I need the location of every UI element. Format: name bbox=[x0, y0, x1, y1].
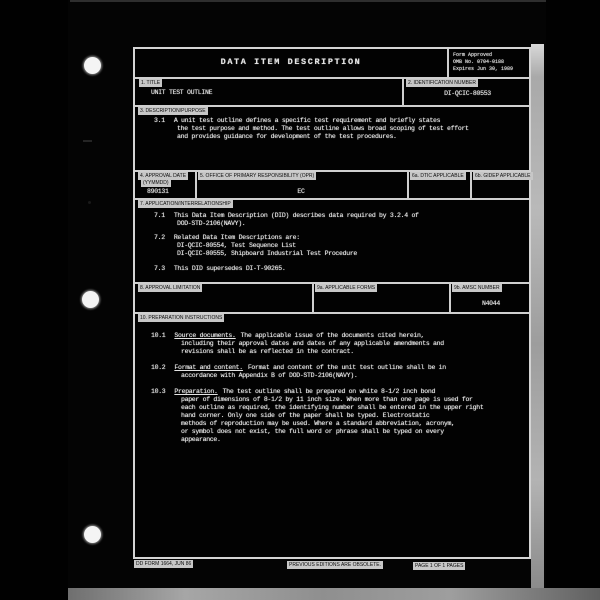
previous-editions-footer: PREVIOUS EDITIONS ARE OBSOLETE. bbox=[287, 561, 383, 569]
paragraph-number: 7.2 bbox=[154, 234, 165, 241]
paragraph-7-2-line: 7.2Related Data Item Descriptions are: bbox=[154, 234, 300, 242]
paragraph-10-3-line: appearance. bbox=[181, 436, 221, 444]
applicable-forms-label: 9a. APPLICABLE FORMS bbox=[315, 284, 377, 292]
gidep-applicable-label: 6b. GIDEP APPLICABLE bbox=[473, 172, 533, 180]
opr-label: 5. OFFICE OF PRIMARY RESPONSIBILITY (OPR… bbox=[198, 172, 316, 180]
paragraph-10-1-line: 10.1Source documents.The applicable issu… bbox=[151, 332, 424, 340]
paragraph-number: 10.3 bbox=[151, 388, 165, 395]
id-number-field-label: 2. IDENTIFICATION NUMBER bbox=[406, 79, 478, 87]
paragraph-7-2-line: DI-QCIC-80555, Shipboard Industrial Test… bbox=[177, 250, 357, 258]
dtic-applicable-label: 6a. DTIC APPLICABLE bbox=[410, 172, 466, 180]
paragraph-10-3-line: each outline as required, the identifyin… bbox=[181, 404, 483, 412]
application-interrelationship-label: 7. APPLICATION/INTERRELATIONSHIP bbox=[138, 200, 233, 208]
approval-limitation-label: 8. APPROVAL LIMITATION bbox=[138, 284, 202, 292]
cell-divider bbox=[407, 170, 409, 198]
paragraph-text: A unit test outline defines a specific t… bbox=[174, 117, 440, 124]
paragraph-3-1-line: 3.1A unit test outline defines a specifi… bbox=[154, 117, 440, 125]
paragraph-heading: Preparation. bbox=[174, 388, 217, 395]
paragraph-10-1-line: revisions shall be as reflected in the c… bbox=[181, 348, 354, 356]
paragraph-heading: Format and content. bbox=[174, 364, 242, 371]
preparation-instructions-label: 10. PREPARATION INSTRUCTIONS bbox=[138, 314, 224, 322]
scan-edge-bottom bbox=[68, 588, 600, 600]
paragraph-3-1-line: the test purpose and method. The test ou… bbox=[177, 125, 469, 133]
expires-line: Expires Jun 30, 1989 bbox=[453, 66, 513, 72]
title-field-value: UNIT TEST OUTLINE bbox=[151, 89, 212, 97]
scan-content: DATA ITEM DESCRIPTION Form Approved OMB … bbox=[0, 0, 600, 600]
paragraph-text: Related Data Item Descriptions are: bbox=[174, 234, 300, 241]
paragraph-text: The applicable issue of the documents ci… bbox=[241, 332, 425, 339]
id-number-field-value: DI-QCIC-80553 bbox=[402, 90, 533, 98]
paragraph-10-2-line: 10.2Format and content.Format and conten… bbox=[151, 364, 446, 372]
paragraph-10-3-line: methods of reproduction may be used. Whe… bbox=[181, 420, 455, 428]
paragraph-text: This DID supersedes DI-T-90265. bbox=[174, 265, 286, 272]
page-count-footer: PAGE 1 OF 1 PAGES bbox=[413, 562, 465, 570]
cell-divider bbox=[447, 49, 449, 77]
punch-hole bbox=[84, 526, 101, 543]
title-field-label: 1. TITLE bbox=[139, 79, 162, 87]
paragraph-7-1-line: DOD-STD-2106(NAVY). bbox=[177, 220, 245, 228]
paragraph-number: 7.3 bbox=[154, 265, 165, 272]
approval-date-format-label: (YYMMDD) bbox=[141, 179, 171, 187]
paragraph-text: This Data Item Description (DID) describ… bbox=[174, 212, 419, 219]
paragraph-10-3-line: paper of dimensions of 8-1/2 by 11 inch … bbox=[181, 396, 473, 404]
paragraph-10-3-line: 10.3Preparation.The test outline shall b… bbox=[151, 388, 435, 396]
paragraph-7-2-line: DI-QCIC-80554, Test Sequence List bbox=[177, 242, 296, 250]
paragraph-number: 10.2 bbox=[151, 364, 165, 371]
cell-divider bbox=[470, 170, 472, 198]
form-frame: DATA ITEM DESCRIPTION Form Approved OMB … bbox=[133, 47, 531, 559]
paragraph-number: 7.1 bbox=[154, 212, 165, 219]
paragraph-10-1-line: including their approval dates and dates… bbox=[181, 340, 444, 348]
omb-number-line: OMB No. 0704-0188 bbox=[453, 59, 504, 65]
paragraph-3-1-line: and provides guidance for development of… bbox=[177, 133, 397, 141]
scan-speck bbox=[88, 201, 91, 204]
paragraph-10-2-line: accordance with Appendix B of DOD-STD-21… bbox=[181, 372, 357, 380]
paragraph-10-3-line: hand corner. Only one side of the paper … bbox=[181, 412, 429, 420]
scan-edge-right bbox=[531, 44, 544, 589]
paragraph-number: 3.1 bbox=[154, 117, 165, 124]
amsc-number-label: 9b. AMSC NUMBER bbox=[452, 284, 502, 292]
paragraph-7-1-line: 7.1This Data Item Description (DID) desc… bbox=[154, 212, 419, 220]
paragraph-7-3-line: 7.3This DID supersedes DI-T-90265. bbox=[154, 265, 285, 273]
scanned-document: DATA ITEM DESCRIPTION Form Approved OMB … bbox=[0, 0, 600, 600]
paragraph-text: The test outline shall be prepared on wh… bbox=[223, 388, 435, 395]
punch-hole bbox=[82, 291, 99, 308]
form-number-footer: DD FORM 1664, JUN 86 bbox=[134, 560, 193, 568]
amsc-number-value: N4044 bbox=[449, 300, 533, 308]
punch-hole bbox=[84, 57, 101, 74]
description-purpose-label: 3. DESCRIPTION/PURPOSE bbox=[138, 107, 208, 115]
scan-edge-top bbox=[70, 0, 546, 2]
approval-date-value: 890131 bbox=[147, 188, 169, 196]
paragraph-text: Format and content of the unit test outl… bbox=[248, 364, 446, 371]
paragraph-heading: Source documents. bbox=[174, 332, 235, 339]
scan-speck bbox=[83, 140, 92, 142]
cell-divider bbox=[312, 282, 314, 312]
form-title: DATA ITEM DESCRIPTION bbox=[135, 58, 447, 66]
paragraph-number: 10.1 bbox=[151, 332, 165, 339]
paragraph-10-3-line: or symbol does not exist, the full word … bbox=[181, 428, 444, 436]
form-approved-line: Form Approved bbox=[453, 52, 492, 58]
opr-value: EC bbox=[195, 188, 407, 196]
